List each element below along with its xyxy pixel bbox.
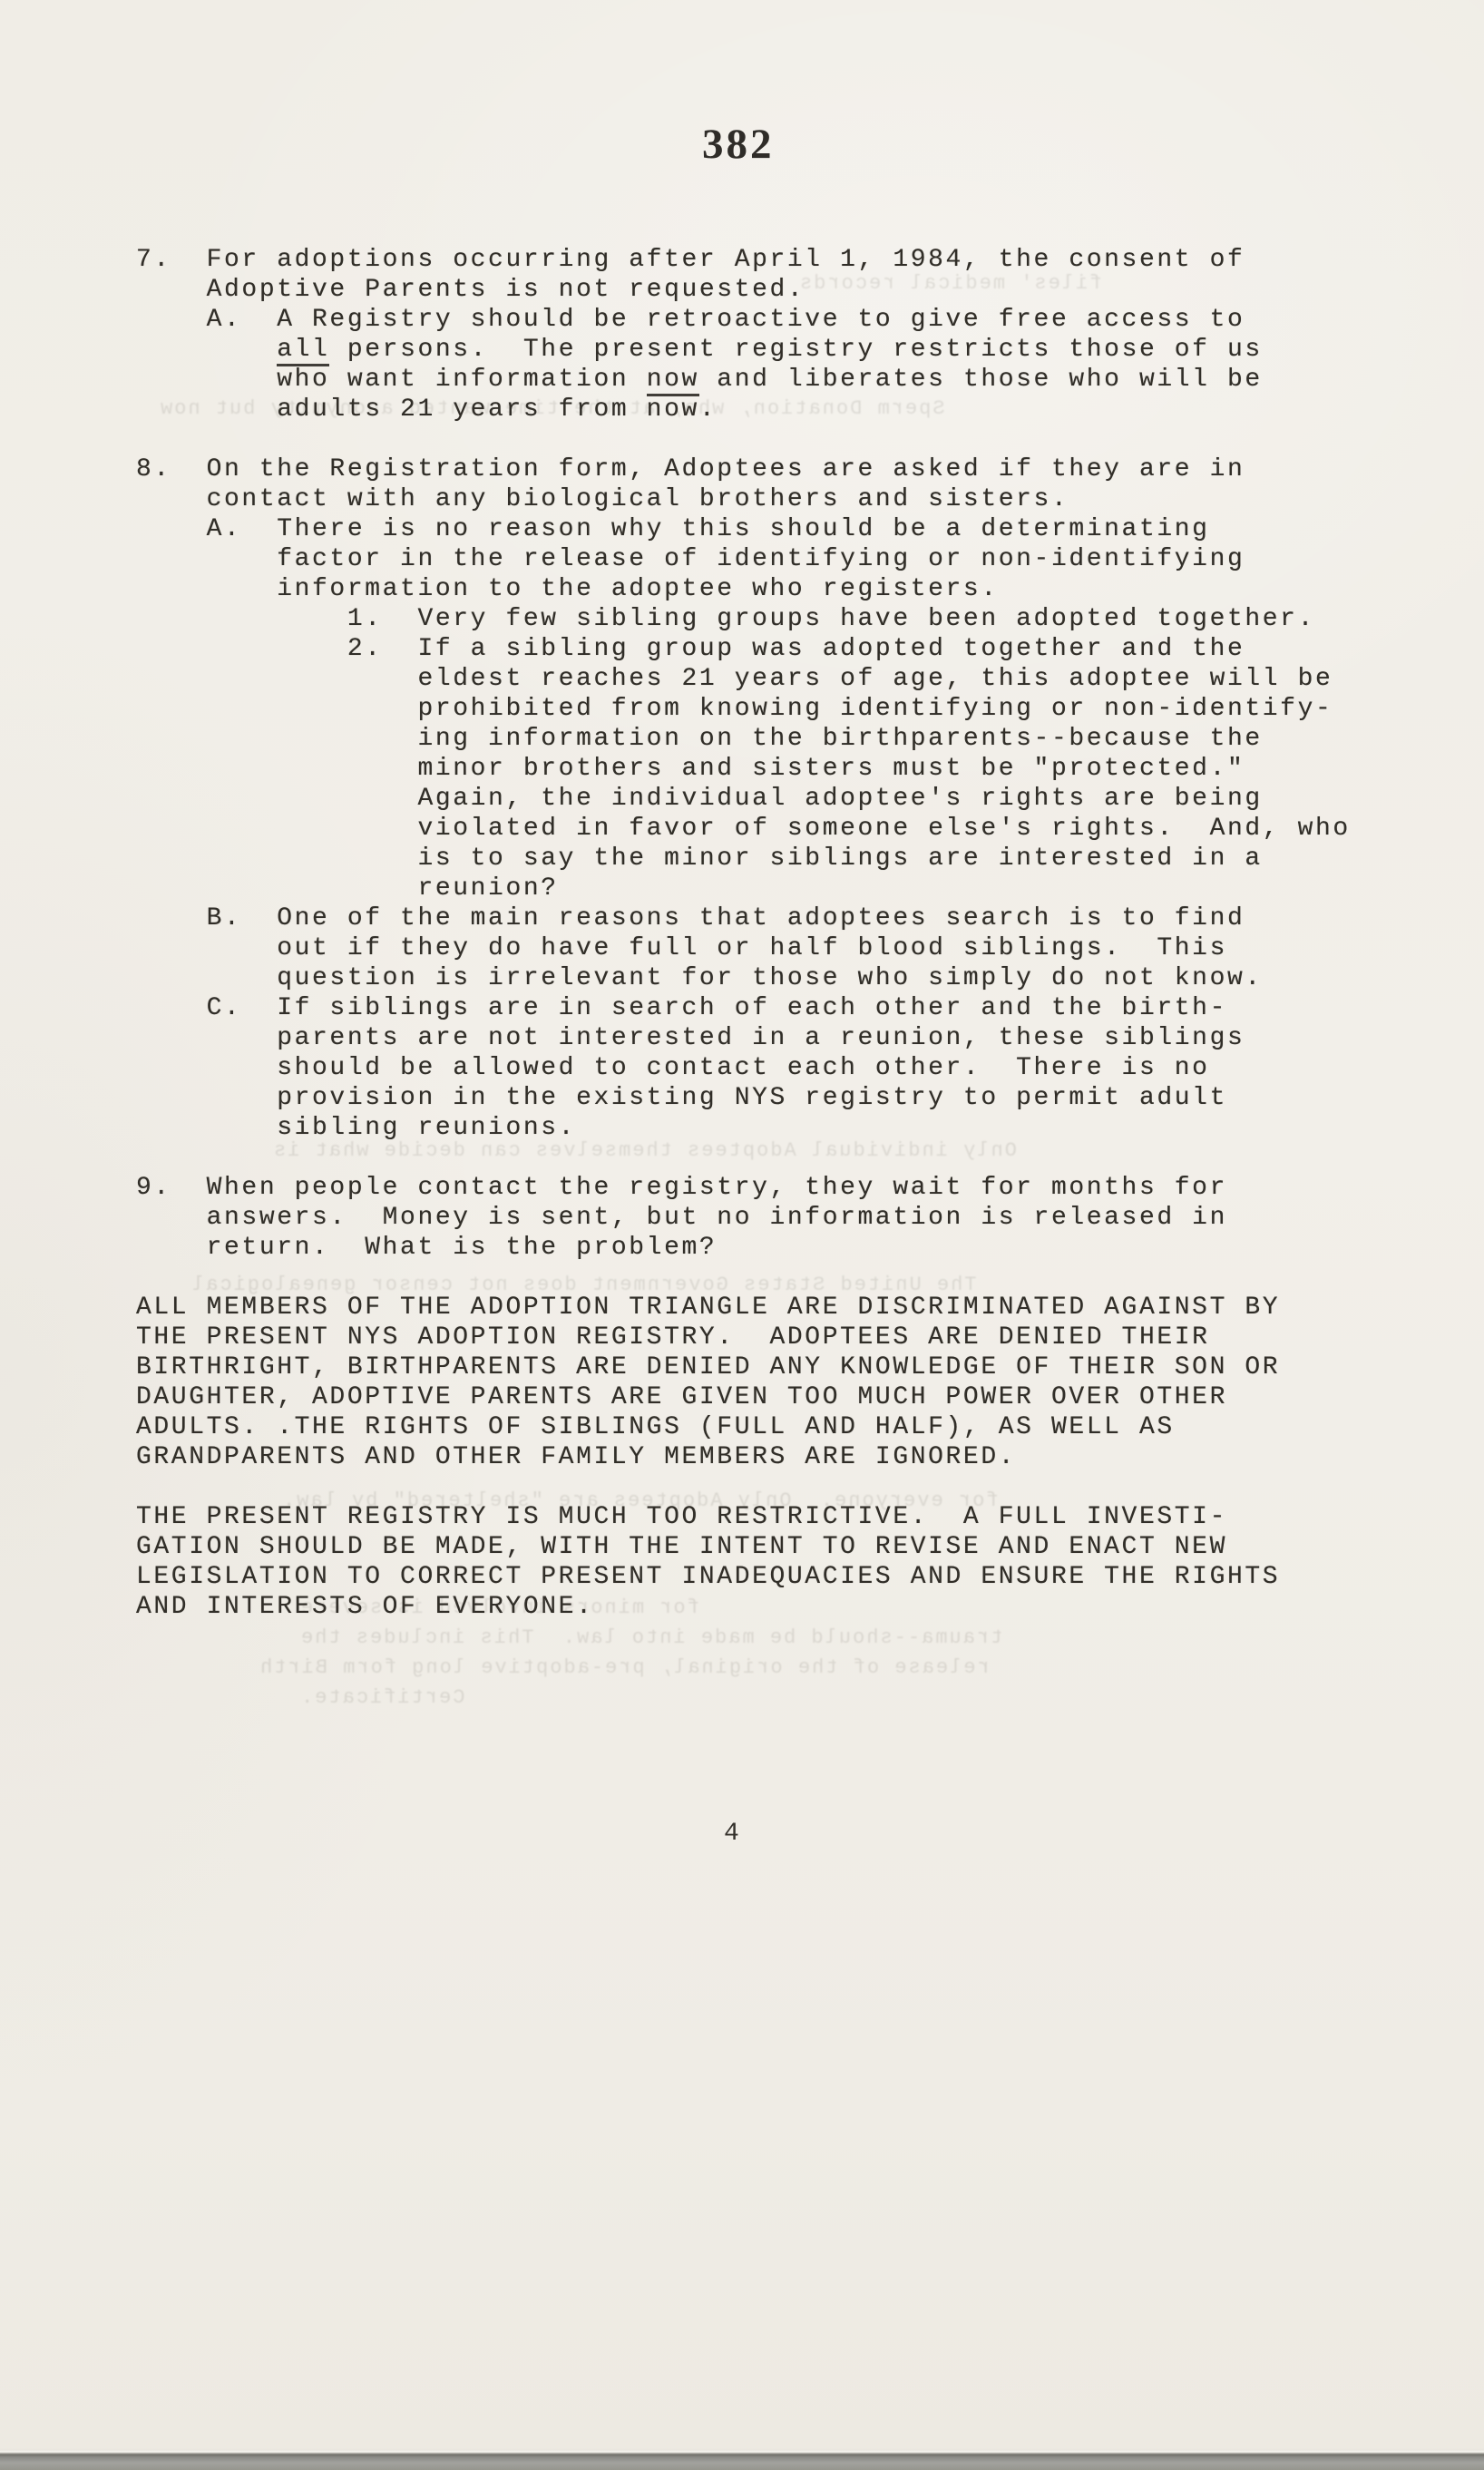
- item-8: 8. On the Registration form, Adoptees ar…: [136, 454, 1351, 1143]
- bleedthrough-text: release of the original, pre-adoptive lo…: [259, 1656, 990, 1680]
- text-line: GATION SHOULD BE MADE, WITH THE INTENT T…: [136, 1532, 1351, 1562]
- text-segment: sibling reunions.: [136, 1114, 576, 1142]
- text-segment: ing information on the birthparents--bec…: [136, 725, 1263, 753]
- text-segment: Again, the individual adoptee's rights a…: [136, 785, 1263, 813]
- text-line: information to the adoptee who registers…: [136, 574, 1351, 604]
- text-segment: adults 21 years from now.: [136, 395, 717, 424]
- text-line: factor in the release of identifying or …: [136, 544, 1351, 574]
- text-segment: contact with any biological brothers and…: [136, 485, 1069, 513]
- text-segment: 9. When people contact the registry, the…: [136, 1174, 1227, 1202]
- text-line: is to say the minor siblings are interes…: [136, 844, 1351, 874]
- text-segment: THE PRESENT REGISTRY IS MUCH TOO RESTRIC…: [136, 1503, 1227, 1531]
- text-line: B. One of the main reasons that adoptees…: [136, 903, 1351, 933]
- text-line: sibling reunions.: [136, 1113, 1351, 1143]
- text-line: ALL MEMBERS OF THE ADOPTION TRIANGLE ARE…: [136, 1293, 1351, 1323]
- text-line: THE PRESENT REGISTRY IS MUCH TOO RESTRIC…: [136, 1502, 1351, 1532]
- text-line: answers. Money is sent, but no informati…: [136, 1203, 1351, 1233]
- text-segment: 1. Very few sibling groups have been ado…: [136, 605, 1315, 633]
- text-segment: A. There is no reason why this should be…: [136, 515, 1210, 543]
- text-segment: violated in favor of someone else's righ…: [136, 815, 1351, 843]
- text-segment: provision in the existing NYS registry t…: [136, 1084, 1227, 1112]
- text-segment: eldest reaches 21 years of age, this ado…: [136, 665, 1333, 693]
- item-9: 9. When people contact the registry, the…: [136, 1173, 1351, 1263]
- text-line: reunion?: [136, 874, 1351, 903]
- text-segment: who want information: [136, 366, 647, 394]
- text-segment: DAUGHTER, ADOPTIVE PARENTS ARE GIVEN TOO…: [136, 1383, 1227, 1411]
- text-segment: persons. The present registry restricts …: [329, 336, 1262, 364]
- underlined-word: all: [277, 336, 329, 366]
- text-line: who want information now and liberates t…: [136, 365, 1351, 395]
- text-line: Again, the individual adoptee's rights a…: [136, 784, 1351, 814]
- text-segment: C. If siblings are in search of each oth…: [136, 994, 1227, 1022]
- text-segment: information to the adoptee who registers…: [136, 575, 999, 603]
- text-line: 1. Very few sibling groups have been ado…: [136, 604, 1351, 634]
- text-line: eldest reaches 21 years of age, this ado…: [136, 664, 1351, 694]
- text-line: provision in the existing NYS registry t…: [136, 1083, 1351, 1113]
- text-line: ADULTS. .THE RIGHTS OF SIBLINGS (FULL AN…: [136, 1412, 1351, 1442]
- text-segment: prohibited from knowing identifying or n…: [136, 695, 1333, 723]
- text-segment: is to say the minor siblings are interes…: [136, 844, 1263, 873]
- bleedthrough-text: Certificate.: [299, 1686, 464, 1710]
- text-line: out if they do have full or half blood s…: [136, 933, 1351, 963]
- text-line: prohibited from knowing identifying or n…: [136, 694, 1351, 724]
- text-segment: return. What is the problem?: [136, 1234, 717, 1262]
- text-segment: out if they do have full or half blood s…: [136, 934, 1227, 962]
- text-segment: question is irrelevant for those who sim…: [136, 964, 1263, 992]
- scanned-page: files' medical recordsSperm Donation, wh…: [0, 0, 1484, 2470]
- text-segment: LEGISLATION TO CORRECT PRESENT INADEQUAC…: [136, 1563, 1280, 1591]
- typewritten-text: 7. For adoptions occurring after April 1…: [136, 245, 1351, 1652]
- text-line: Adoptive Parents is not requested.: [136, 275, 1351, 305]
- text-line: 2. If a sibling group was adopted togeth…: [136, 634, 1351, 664]
- text-line: minor brothers and sisters must be "prot…: [136, 754, 1351, 784]
- text-segment: Adoptive Parents is not requested.: [136, 276, 805, 304]
- text-line: adults 21 years from now.: [136, 395, 1351, 425]
- paragraph-present-registry: THE PRESENT REGISTRY IS MUCH TOO RESTRIC…: [136, 1502, 1351, 1622]
- text-line: all persons. The present registry restri…: [136, 335, 1351, 365]
- text-segment: parents are not interested in a reunion,…: [136, 1024, 1245, 1052]
- text-segment: GATION SHOULD BE MADE, WITH THE INTENT T…: [136, 1533, 1227, 1561]
- text-line: question is irrelevant for those who sim…: [136, 963, 1351, 993]
- text-segment: factor in the release of identifying or …: [136, 545, 1245, 573]
- text-line: contact with any biological brothers and…: [136, 484, 1351, 514]
- paragraph-all-members: ALL MEMBERS OF THE ADOPTION TRIANGLE ARE…: [136, 1293, 1351, 1472]
- underlined-word: now: [647, 366, 699, 396]
- text-line: 8. On the Registration form, Adoptees ar…: [136, 454, 1351, 484]
- text-line: C. If siblings are in search of each oth…: [136, 993, 1351, 1023]
- text-segment: minor brothers and sisters must be "prot…: [136, 755, 1245, 783]
- item-7: 7. For adoptions occurring after April 1…: [136, 245, 1351, 425]
- text-line: LEGISLATION TO CORRECT PRESENT INADEQUAC…: [136, 1562, 1351, 1592]
- page-number-bottom: 4: [724, 1820, 741, 1848]
- text-line: violated in favor of someone else's righ…: [136, 814, 1351, 844]
- text-segment: 2. If a sibling group was adopted togeth…: [136, 635, 1245, 663]
- text-segment: and liberates those who will be: [699, 366, 1263, 394]
- text-segment: ADULTS. .THE RIGHTS OF SIBLINGS (FULL AN…: [136, 1413, 1175, 1441]
- text-line: BIRTHRIGHT, BIRTHPARENTS ARE DENIED ANY …: [136, 1352, 1351, 1382]
- text-line: should be allowed to contact each other.…: [136, 1053, 1351, 1083]
- text-line: GRANDPARENTS AND OTHER FAMILY MEMBERS AR…: [136, 1442, 1351, 1472]
- text-line: return. What is the problem?: [136, 1233, 1351, 1263]
- text-line: AND INTERESTS OF EVERYONE.: [136, 1592, 1351, 1622]
- text-segment: reunion?: [136, 874, 559, 903]
- text-segment: answers. Money is sent, but no informati…: [136, 1204, 1227, 1232]
- scan-edge-shadow: [0, 2448, 1484, 2470]
- text-line: THE PRESENT NYS ADOPTION REGISTRY. ADOPT…: [136, 1323, 1351, 1352]
- text-segment: THE PRESENT NYS ADOPTION REGISTRY. ADOPT…: [136, 1323, 1210, 1352]
- page-number-top: 382: [702, 120, 775, 169]
- text-segment: A. A Registry should be retroactive to g…: [136, 306, 1245, 334]
- text-line: parents are not interested in a reunion,…: [136, 1023, 1351, 1053]
- text-line: 9. When people contact the registry, the…: [136, 1173, 1351, 1203]
- text-line: 7. For adoptions occurring after April 1…: [136, 245, 1351, 275]
- text-segment: 8. On the Registration form, Adoptees ar…: [136, 455, 1245, 483]
- text-segment: B. One of the main reasons that adoptees…: [136, 904, 1245, 932]
- text-segment: AND INTERESTS OF EVERYONE.: [136, 1593, 593, 1621]
- text-line: ing information on the birthparents--bec…: [136, 724, 1351, 754]
- text-segment: should be allowed to contact each other.…: [136, 1054, 1210, 1082]
- text-segment: BIRTHRIGHT, BIRTHPARENTS ARE DENIED ANY …: [136, 1353, 1280, 1381]
- text-line: A. There is no reason why this should be…: [136, 514, 1351, 544]
- text-segment: GRANDPARENTS AND OTHER FAMILY MEMBERS AR…: [136, 1443, 1016, 1471]
- text-segment: [136, 336, 277, 364]
- text-line: A. A Registry should be retroactive to g…: [136, 305, 1351, 335]
- text-line: DAUGHTER, ADOPTIVE PARENTS ARE GIVEN TOO…: [136, 1382, 1351, 1412]
- text-segment: ALL MEMBERS OF THE ADOPTION TRIANGLE ARE…: [136, 1294, 1280, 1322]
- text-segment: 7. For adoptions occurring after April 1…: [136, 246, 1245, 274]
